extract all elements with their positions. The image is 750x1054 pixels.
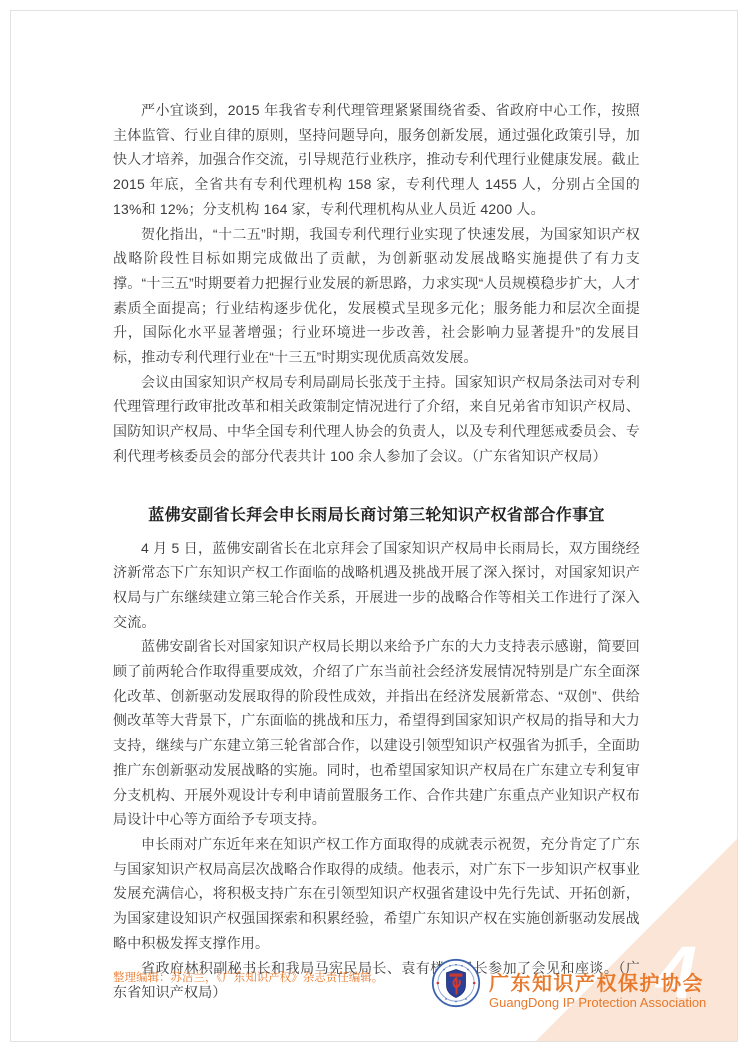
paragraph: 4 月 5 日，蓝佛安副省长在北京拜会了国家知识产权局申长雨局长，双方围绕经济新…: [113, 536, 640, 635]
screenshot-canvas: 严小宜谈到，2015 年我省专利代理管理紧紧围绕省委、省政府中心工作，按照主体监…: [0, 0, 750, 1054]
editor-note: 整理编辑：苏洁兰，《广东知识产权》杂志责任编辑。: [113, 969, 383, 985]
paragraph: 申长雨对广东近年来在知识产权工作方面取得的成就表示祝贺，充分肯定了广东与国家知识…: [113, 832, 640, 956]
paragraph: 贺化指出，“十二五”时期，我国专利代理行业实现了快速发展，为国家知识产权战略阶段…: [113, 222, 640, 370]
article-title: 蓝佛安副省长拜会申长雨局长商讨第三轮知识产权省部合作事宜: [113, 503, 640, 528]
association-name-en: GuangDong IP Protection Association: [489, 995, 706, 1010]
paragraph: 蓝佛安副省长对国家知识产权局长期以来给予广东的大力支持表示感谢，简要回顾了前两轮…: [113, 634, 640, 832]
association-badge-icon: [431, 958, 481, 1008]
page-body-text: 严小宜谈到，2015 年我省专利代理管理紧紧围绕省委、省政府中心工作，按照主体监…: [113, 98, 640, 1005]
document-page: 严小宜谈到，2015 年我省专利代理管理紧紧围绕省委、省政府中心工作，按照主体监…: [10, 10, 738, 1042]
paragraph: 严小宜谈到，2015 年我省专利代理管理紧紧围绕省委、省政府中心工作，按照主体监…: [113, 98, 640, 222]
association-name-cn: 广东知识产权保护协会: [489, 967, 704, 996]
paragraph: 会议由国家知识产权局专利局副局长张茂于主持。国家知识产权局条法司对专利代理管理行…: [113, 370, 640, 469]
